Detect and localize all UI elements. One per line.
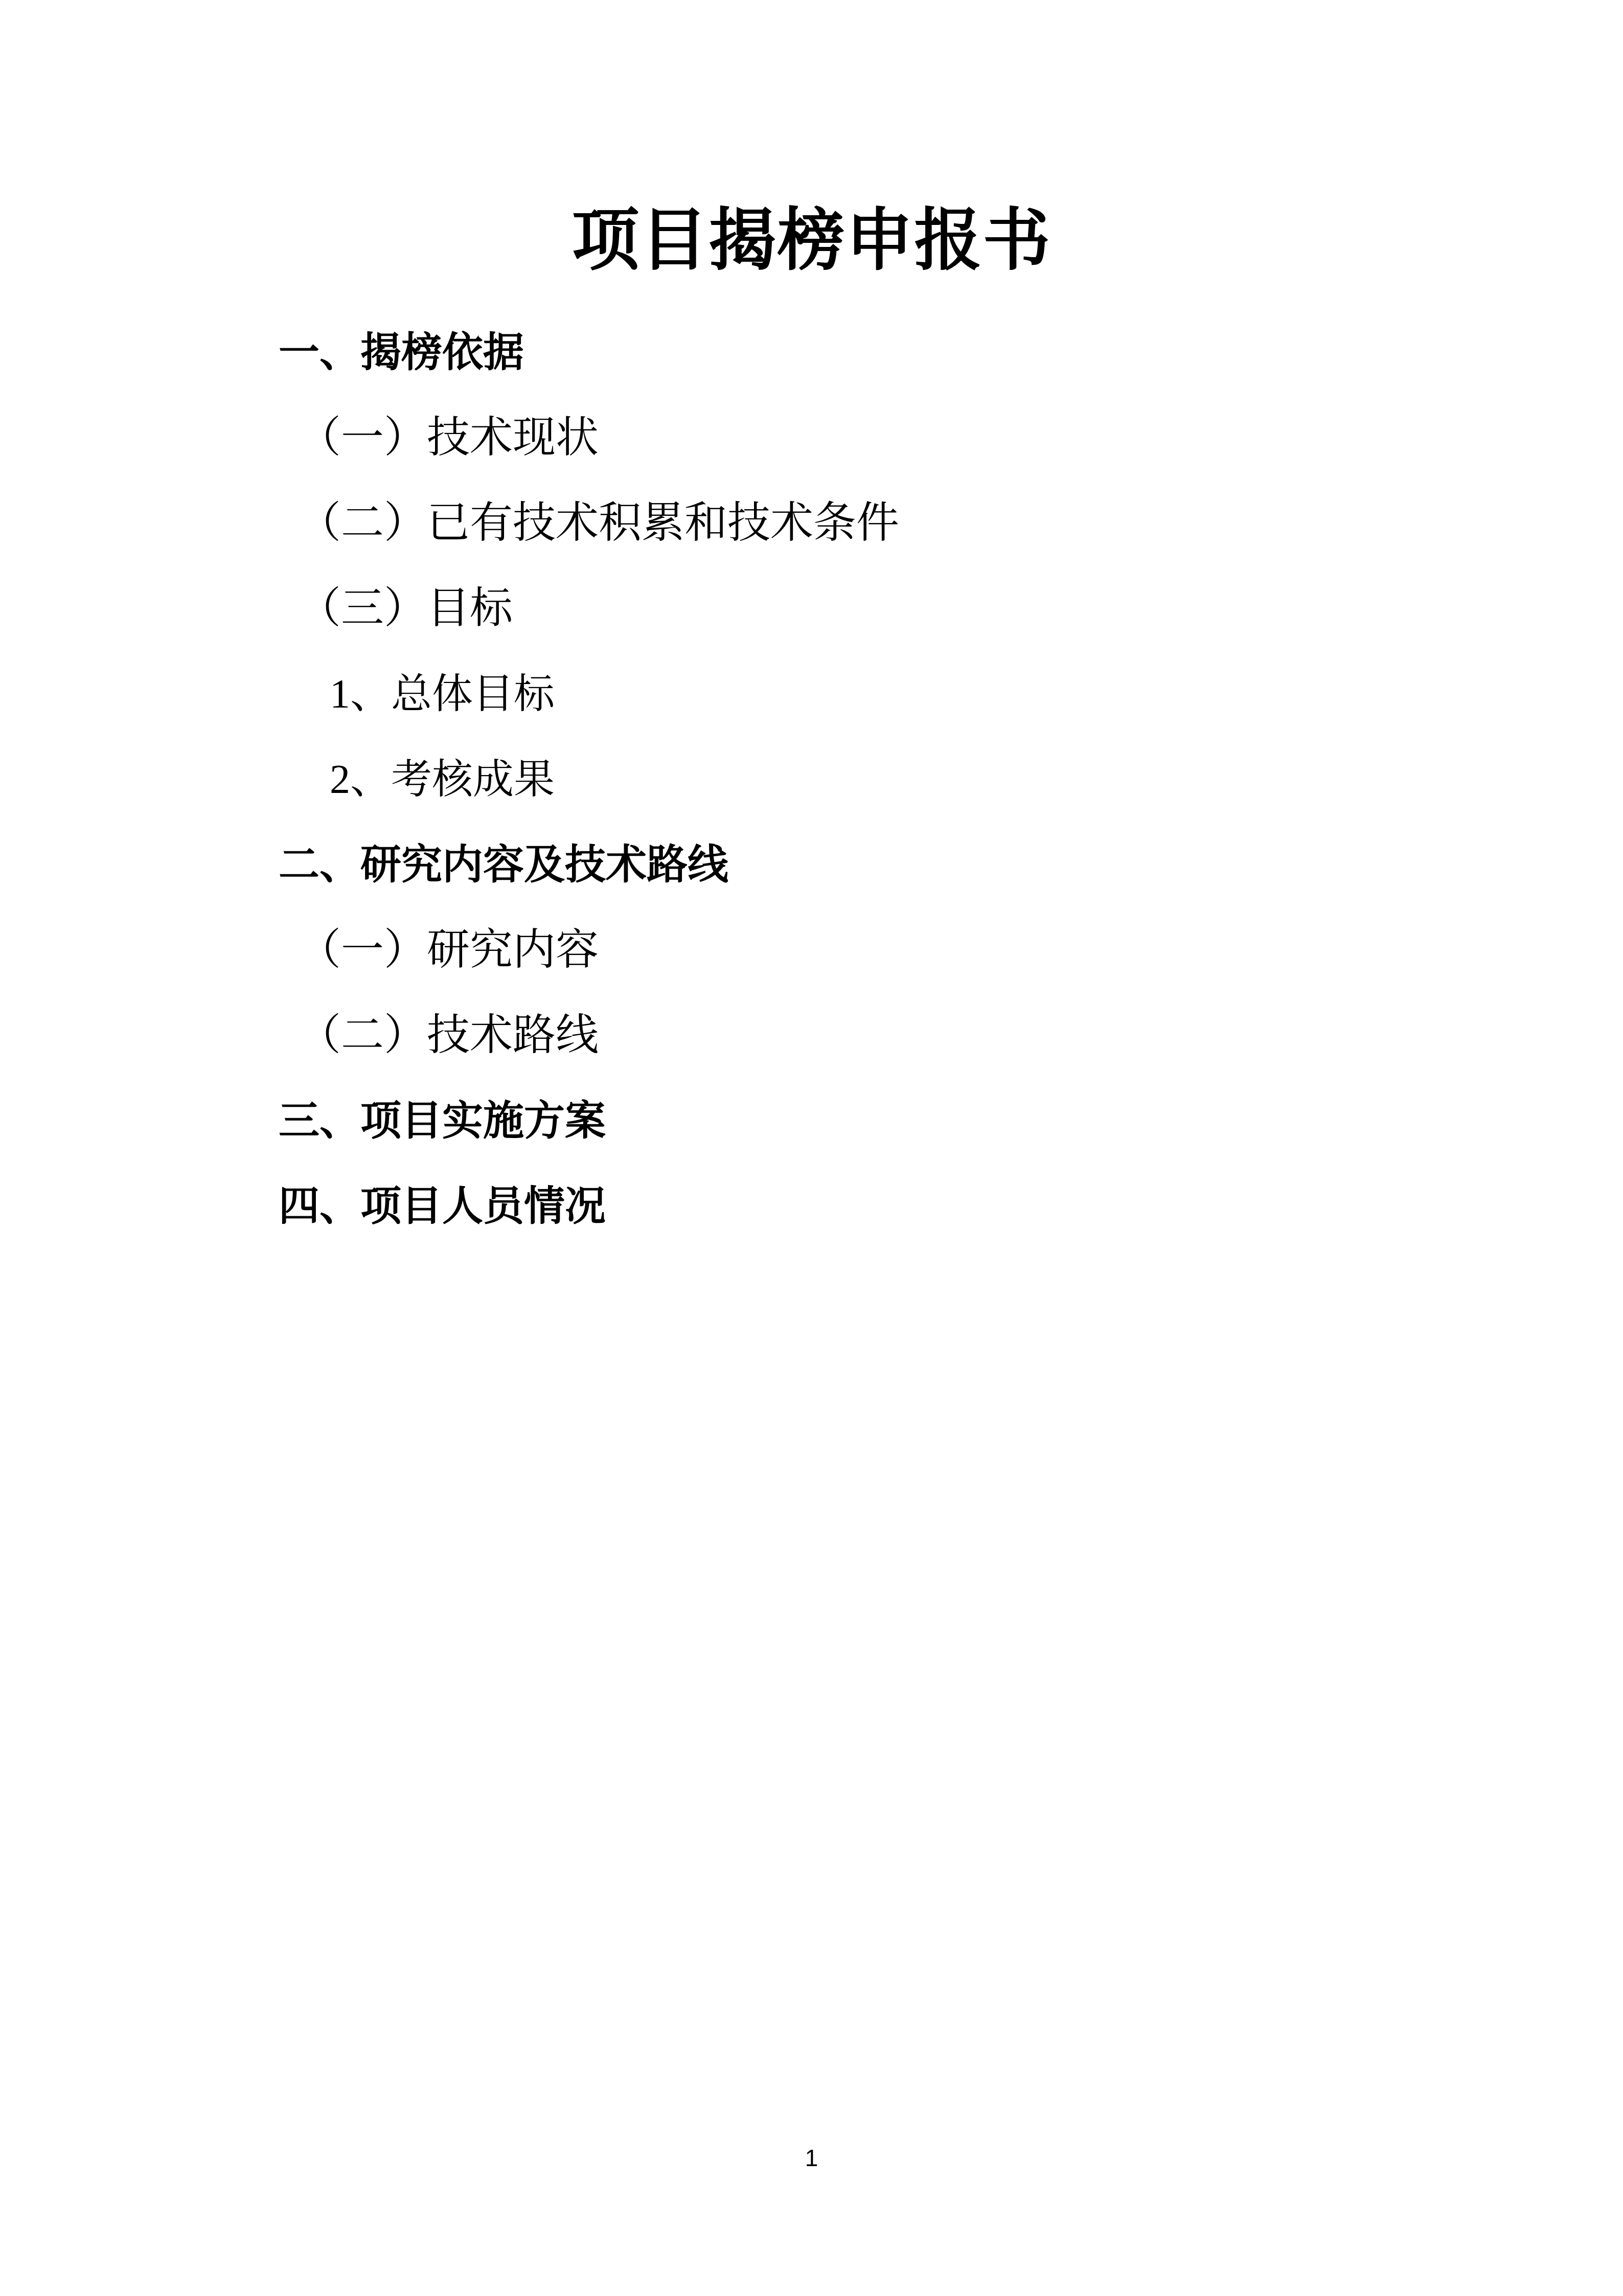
toc-item: 三、项目实施方案: [0, 1074, 1623, 1160]
toc-item: （一）技术现状: [0, 391, 1623, 476]
toc-item: 一、揭榜依据: [0, 306, 1623, 391]
toc-item: 四、项目人员情况: [0, 1160, 1623, 1245]
toc-item: （一）研究内容: [0, 903, 1623, 989]
page-number: 1: [0, 2146, 1623, 2170]
toc-item: 1、总体目标: [0, 647, 1623, 733]
toc-item: （二）已有技术积累和技术条件: [0, 476, 1623, 562]
toc-item: 二、研究内容及技术路线: [0, 818, 1623, 903]
document-page: 项目揭榜申报书 一、揭榜依据（一）技术现状（二）已有技术积累和技术条件（三）目标…: [0, 0, 1623, 2296]
toc-item: （二）技术路线: [0, 989, 1623, 1074]
toc-item: （三）目标: [0, 562, 1623, 647]
toc-list: 一、揭榜依据（一）技术现状（二）已有技术积累和技术条件（三）目标1、总体目标2、…: [0, 306, 1623, 1245]
toc-item: 2、考核成果: [0, 733, 1623, 818]
document-title: 项目揭榜申报书: [0, 203, 1623, 278]
